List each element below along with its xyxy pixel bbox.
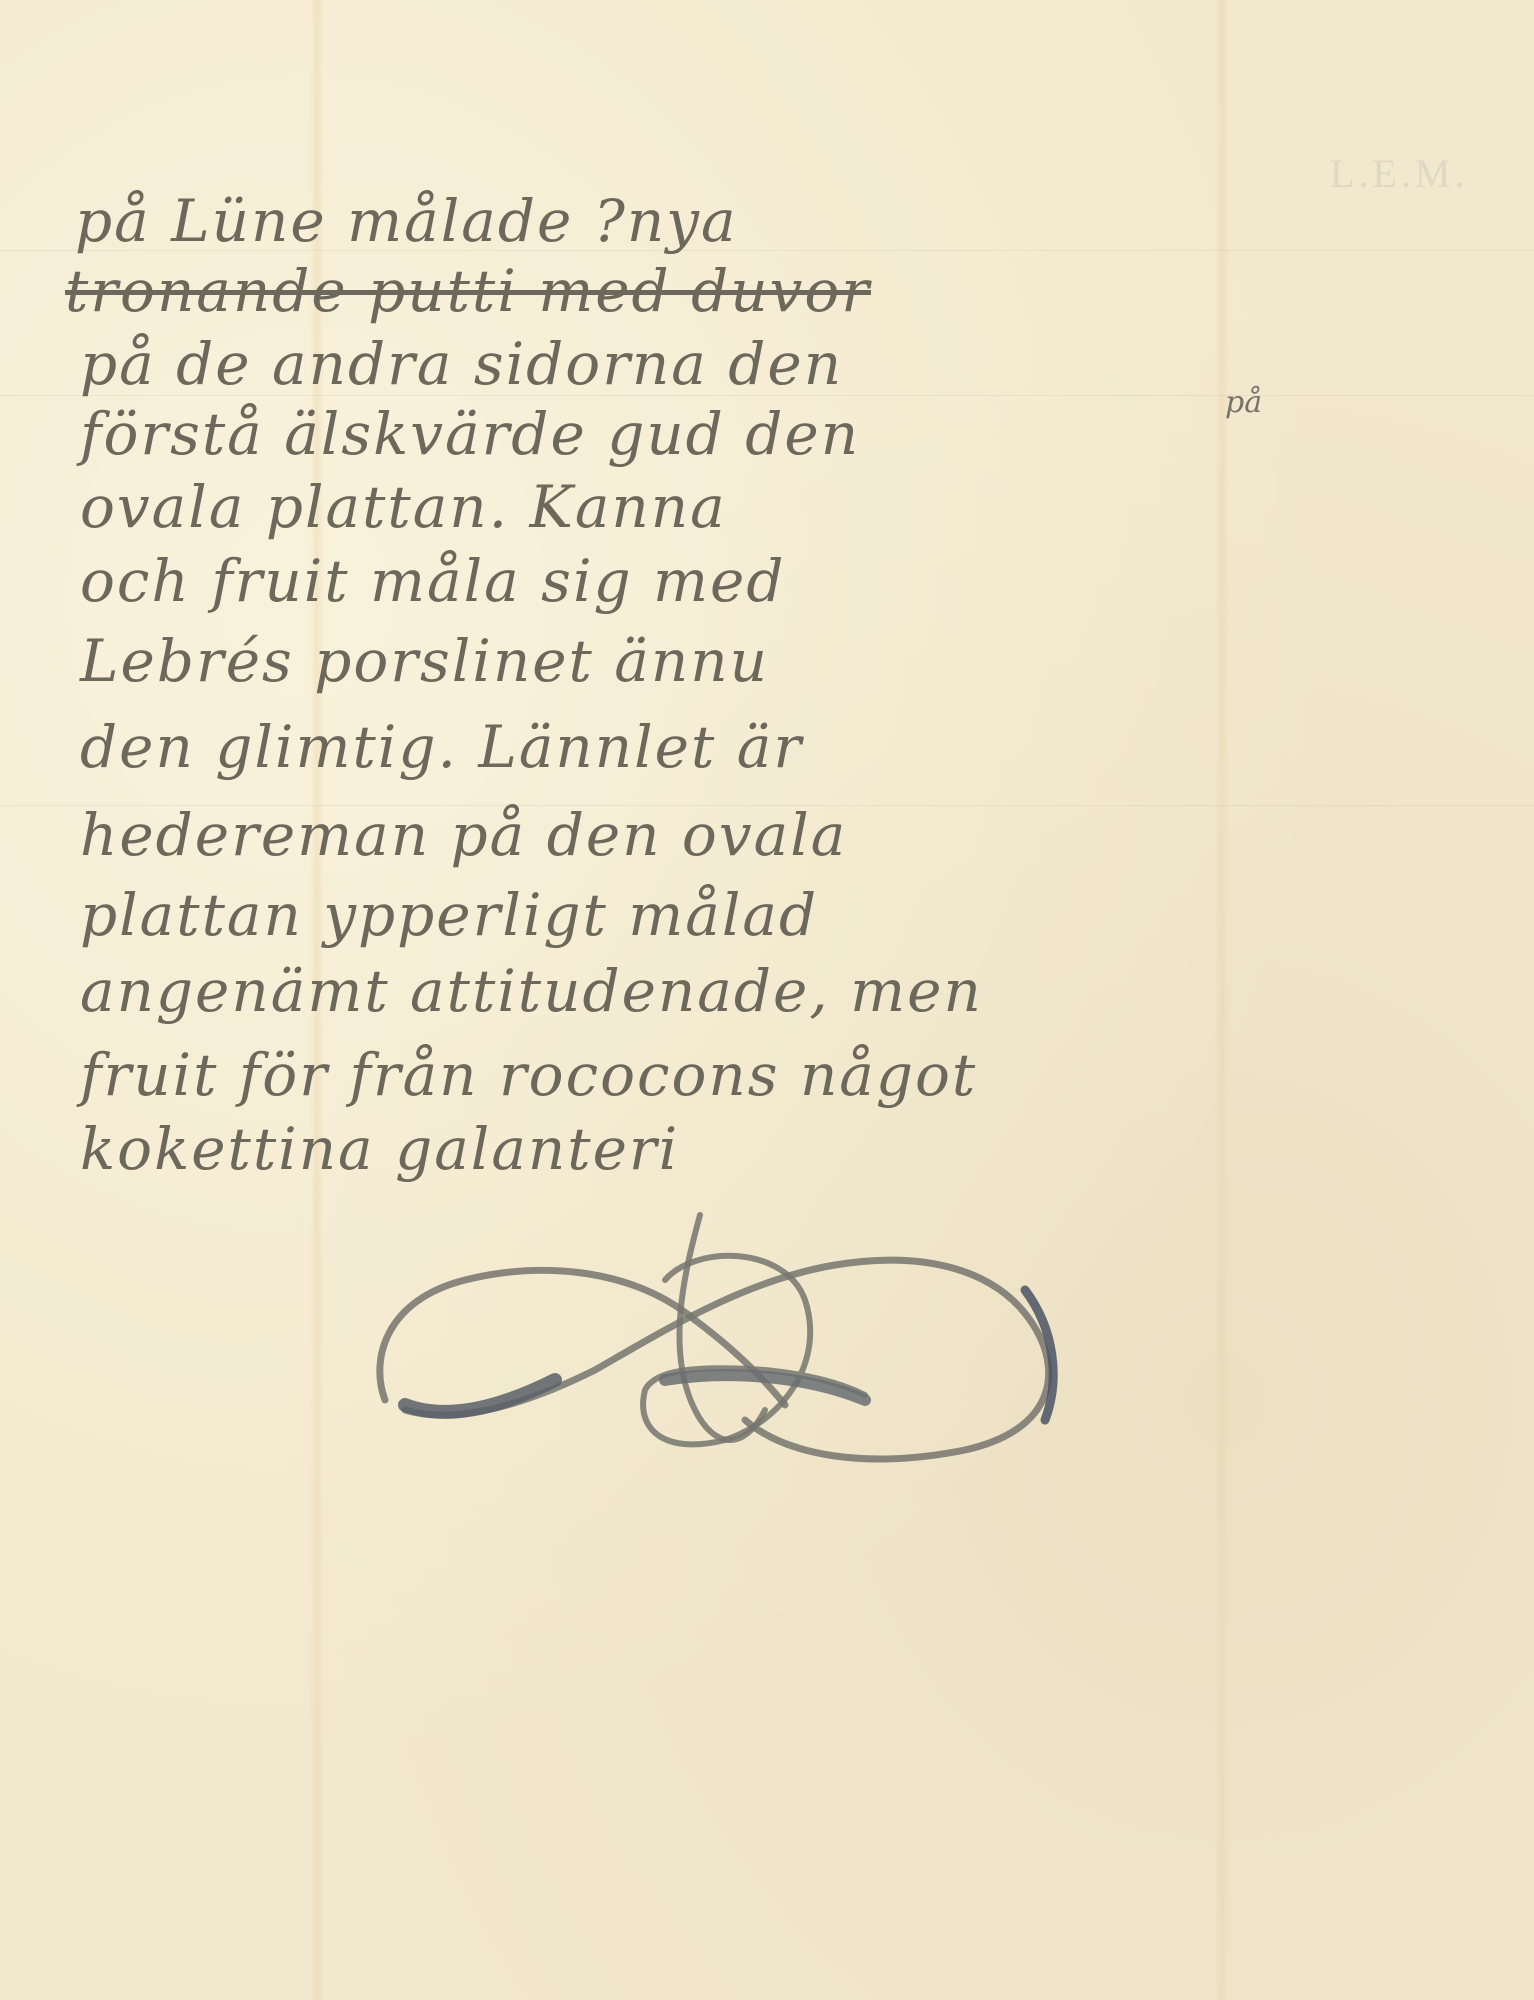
text-line-12: fruit för från rococons något	[80, 1046, 977, 1104]
text-line-13: kokettina galanteri	[80, 1120, 679, 1178]
text-line-8: den glimtig. Lännlet är	[80, 718, 803, 776]
signature-flourish	[365, 1210, 1105, 1465]
text-line-10: plattan ypperligt målad	[80, 886, 818, 944]
text-line-6: och fruit måla sig med	[80, 552, 786, 610]
text-line-2: tronande putti med duvor	[65, 262, 871, 320]
letterhead-bleedthrough: L.E.M.	[1330, 150, 1490, 200]
text-line-4: förstå älskvärde gud den	[80, 405, 860, 463]
text-line-3: på de andra sidorna den	[80, 335, 843, 393]
letter-page: L.E.M. på Lüne målade ?nya tronande putt…	[0, 0, 1534, 2000]
text-line-5: ovala plattan. Kanna	[80, 478, 727, 536]
text-line-1: på Lüne målade ?nya	[75, 192, 738, 250]
text-line-7: Lebrés porslinet ännu	[80, 632, 769, 690]
text-line-11: angenämt attitudenade, men	[80, 962, 983, 1020]
interlinear-insert: på	[1225, 385, 1262, 420]
paper-fold	[1215, 0, 1229, 2000]
text-line-9: hedereman på den ovala	[80, 806, 847, 864]
